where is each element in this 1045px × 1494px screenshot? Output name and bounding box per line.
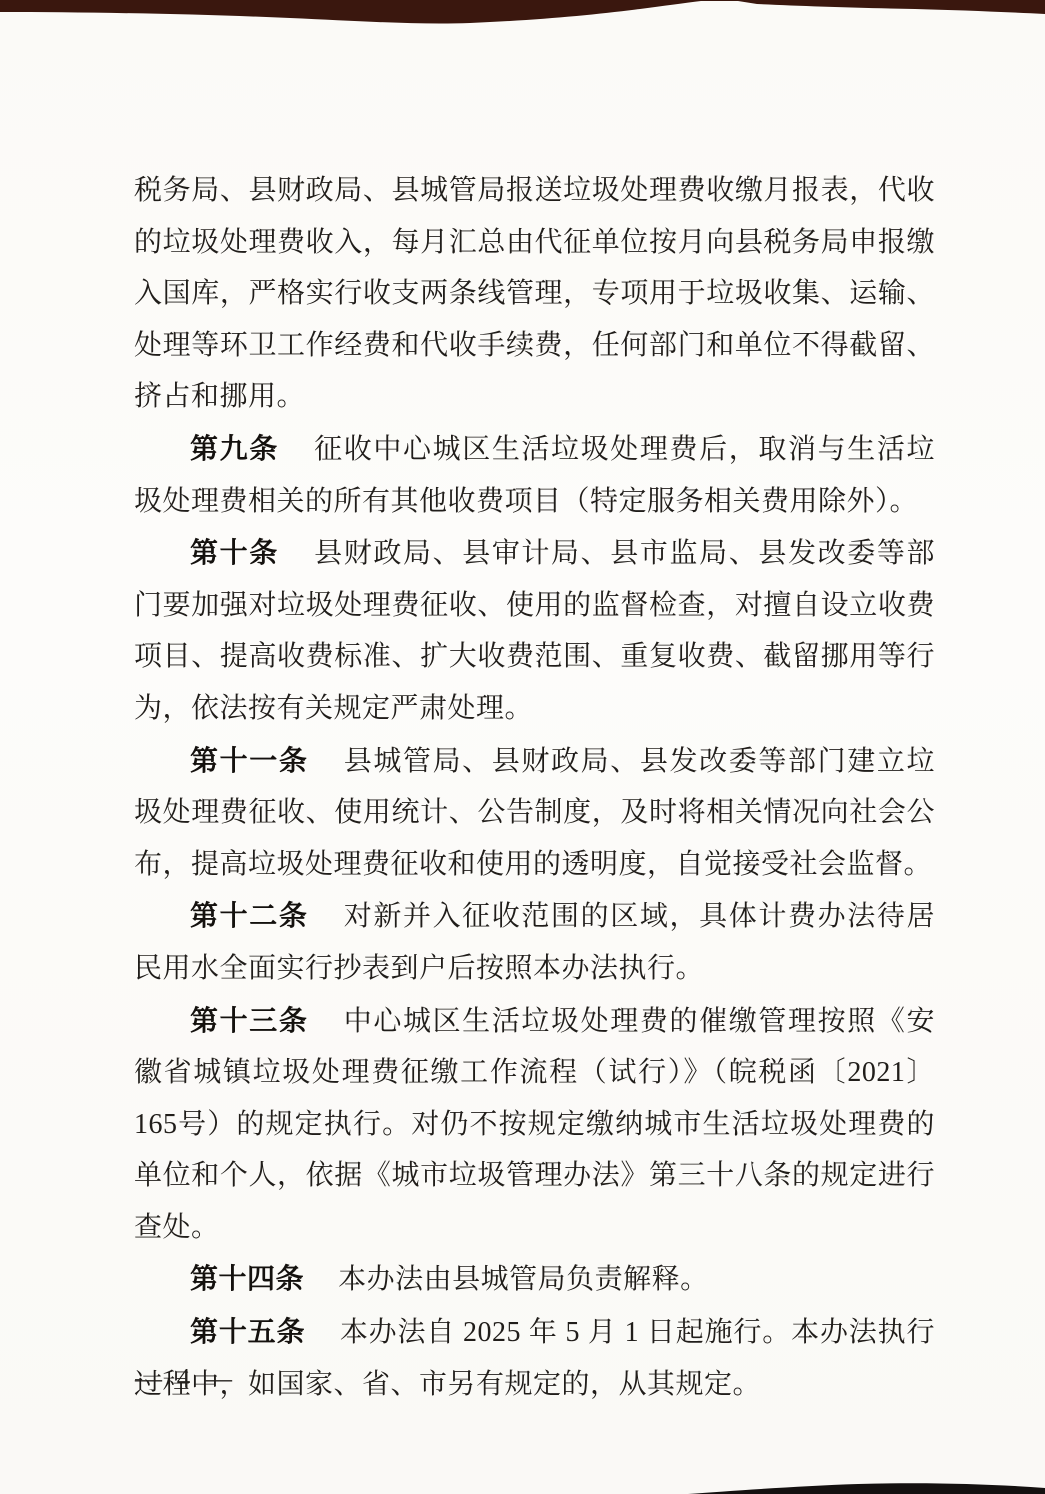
article-13-term: 第十三条 — [190, 1005, 308, 1036]
paragraph-continuation: 税务局、县财政局、县城管局报送垃圾处理费收缴月报表，代收的垃圾处理费收入，每月汇… — [134, 165, 935, 423]
article-12-term: 第十二条 — [190, 900, 308, 931]
article-9-term: 第九条 — [190, 433, 279, 464]
page-number: — 4 — — [135, 1363, 236, 1394]
article-13-text: 中心城区生活垃圾处理费的催缴管理按照《安徽省城镇垃圾处理费征缴工作流程（试行）》… — [134, 1006, 935, 1243]
document-body: 税务局、县财政局、县城管局报送垃圾处理费收缴月报表，代收的垃圾处理费收入，每月汇… — [134, 165, 935, 1410]
article-14-text: 本办法由县城管局负责解释。 — [338, 1264, 709, 1295]
article-9: 第九条 征收中心城区生活垃圾处理费后，取消与生活垃圾处理费相关的所有其他收费项目… — [134, 423, 935, 527]
article-10: 第十条 县财政局、县审计局、县市监局、县发改委等部门要加强对垃圾处理费征收、使用… — [134, 527, 935, 734]
article-15: 第十五条 本办法自 2025 年 5 月 1 日起施行。本办法执行过程中，如国家… — [134, 1306, 935, 1410]
scan-edge-bottom — [0, 1478, 1045, 1494]
paragraph-text: 税务局、县财政局、县城管局报送垃圾处理费收缴月报表，代收的垃圾处理费收入，每月汇… — [134, 175, 935, 412]
article-10-term: 第十条 — [190, 537, 279, 568]
scan-edge-top — [0, 0, 1045, 30]
article-12: 第十二条 对新并入征收范围的区域，具体计费办法待居民用水全面实行抄表到户后按照本… — [134, 890, 935, 994]
article-14-term: 第十四条 — [190, 1263, 304, 1294]
article-11: 第十一条 县城管局、县财政局、县发改委等部门建立垃圾处理费征收、使用统计、公告制… — [134, 735, 935, 891]
article-15-term: 第十五条 — [190, 1316, 305, 1347]
article-13: 第十三条 中心城区生活垃圾处理费的催缴管理按照《安徽省城镇垃圾处理费征缴工作流程… — [134, 995, 935, 1254]
scanned-document-page: 税务局、县财政局、县城管局报送垃圾处理费收缴月报表，代收的垃圾处理费收入，每月汇… — [0, 0, 1045, 1494]
article-11-term: 第十一条 — [190, 745, 308, 776]
article-14: 第十四条 本办法由县城管局负责解释。 — [134, 1253, 935, 1306]
